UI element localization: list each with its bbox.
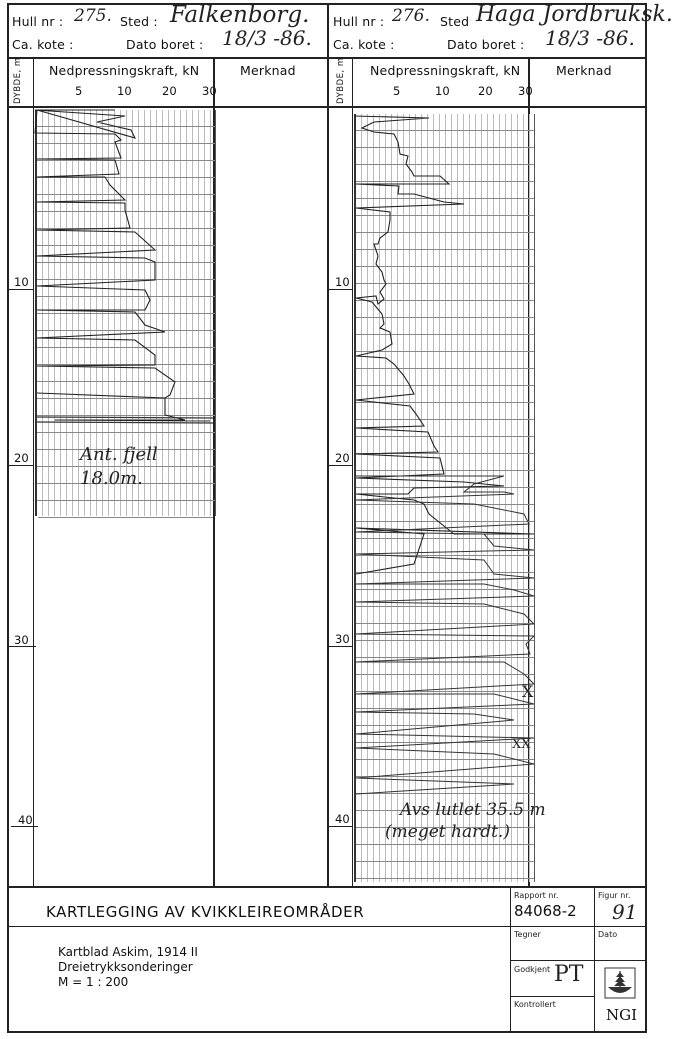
title-block-top — [7, 886, 647, 888]
dato-boret-value: 18/3 -86. — [222, 26, 312, 50]
hull-nr-value: 275. — [74, 6, 112, 26]
frame-bottom — [7, 1031, 647, 1033]
annotation-depth: 18.0m. — [80, 468, 143, 489]
depth-tick — [7, 289, 34, 290]
header-divider — [7, 57, 328, 59]
rapport-value: 84068-2 — [514, 902, 577, 920]
depth-mark-40: 40 — [18, 813, 33, 827]
scale-divider — [7, 106, 328, 108]
remark-header: Merknad — [240, 63, 296, 78]
depth-mark-10: 10 — [14, 275, 29, 289]
depth-mark-20: 20 — [14, 451, 29, 465]
cell-divider — [510, 960, 646, 961]
sted-label: Sted — [440, 14, 469, 29]
hull-nr-label: Hull nr : — [12, 14, 63, 29]
cell-divider — [510, 926, 646, 927]
title-divider — [7, 926, 512, 927]
godkjent-signature: PT — [554, 962, 583, 987]
header-divider — [328, 57, 646, 59]
tegner-label: Tegner — [514, 930, 541, 939]
depth-mark-20: 20 — [335, 451, 350, 465]
ca-kote-label: Ca. kote : — [333, 37, 395, 52]
rapport-label: Rapport nr. — [514, 891, 558, 900]
marker-xx: XX — [512, 737, 531, 752]
force-header: Nedpressningskraft, kN — [49, 63, 199, 78]
depth-mark-40: 40 — [335, 812, 350, 826]
figur-value: 91 — [612, 900, 637, 924]
ngi-logo-icon — [604, 967, 638, 1003]
annotation-stop: Avs lutlet 35.5 m — [400, 800, 546, 820]
sounding-trace-276 — [354, 114, 534, 884]
force-tick-20: 20 — [162, 84, 177, 98]
depth-axis-label: DYBDE, m — [336, 57, 346, 104]
marker-x: X — [522, 682, 533, 701]
force-tick-30: 30 — [518, 84, 533, 98]
map-sheet: Kartblad Askim, 1914 II — [58, 945, 198, 960]
annotation-rock: Ant. fjell — [80, 444, 158, 465]
force-tick-5: 5 — [393, 84, 400, 98]
method: Dreietrykksonderinger — [58, 960, 193, 975]
depth-mark-30: 30 — [14, 633, 29, 647]
sted-value: Falkenborg. — [170, 2, 309, 28]
scale-divider — [328, 106, 646, 108]
dato-boret-label: Dato boret : — [126, 37, 203, 52]
godkjent-label: Godkjent — [514, 965, 550, 974]
ngi-logo-text: NGI — [606, 1006, 637, 1024]
depth-axis-label: DYBDE, m — [13, 57, 23, 104]
figur-label: Figur nr. — [598, 891, 630, 900]
dato-label: Dato — [598, 930, 617, 939]
cell-divider — [594, 886, 595, 1032]
cell-divider — [510, 886, 511, 1032]
force-tick-20: 20 — [478, 84, 493, 98]
scale: M = 1 : 200 — [58, 975, 128, 990]
depth-mark-30: 30 — [335, 632, 350, 646]
depth-tick — [328, 826, 352, 827]
kontrollert-label: Kontrollert — [514, 1000, 556, 1009]
sted-label: Sted : — [120, 14, 158, 29]
sted-value: Haga Jordbruksk. — [476, 2, 673, 27]
force-tick-10: 10 — [117, 84, 132, 98]
cell-divider — [510, 996, 595, 997]
force-tick-30: 30 — [202, 84, 217, 98]
depth-tick — [9, 646, 36, 647]
force-header: Nedpressningskraft, kN — [370, 63, 520, 78]
depth-tick — [7, 465, 34, 466]
depth-tick — [328, 646, 352, 647]
ca-kote-label: Ca. kote : — [12, 37, 74, 52]
annotation-hard: (meget hardt.) — [385, 822, 510, 842]
force-tick-10: 10 — [435, 84, 450, 98]
remark-header: Merknad — [556, 63, 612, 78]
depth-tick — [11, 826, 38, 827]
depth-tick — [328, 289, 352, 290]
hull-nr-label: Hull nr : — [333, 14, 384, 29]
dato-boret-label: Dato boret : — [447, 37, 524, 52]
dato-boret-value: 18/3 -86. — [545, 26, 635, 50]
depth-axis-line — [33, 57, 34, 887]
hull-nr-value: 276. — [392, 6, 430, 26]
frame-left — [7, 3, 9, 1033]
depth-tick — [328, 465, 352, 466]
column-divider — [327, 3, 329, 886]
depth-axis-line — [352, 57, 353, 887]
force-tick-5: 5 — [75, 84, 82, 98]
drawing-title: KARTLEGGING AV KVIKKLEIREOMRÅDER — [46, 903, 364, 921]
frame-right — [645, 3, 647, 1033]
chart-bottom — [38, 517, 213, 518]
depth-mark-10: 10 — [335, 275, 350, 289]
